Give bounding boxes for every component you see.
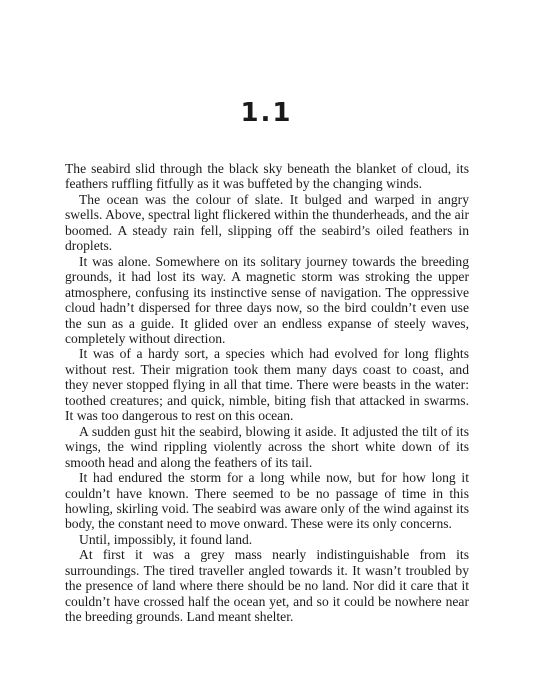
paragraph: The ocean was the colour of slate. It bu… [65, 192, 469, 254]
paragraph: It had endured the storm for a long whil… [65, 470, 469, 532]
paragraph: It was alone. Somewhere on its solitary … [65, 254, 469, 347]
paragraph: A sudden gust hit the seabird, blowing i… [65, 424, 469, 470]
paragraph: At first it was a grey mass nearly indis… [65, 547, 469, 624]
paragraph: The seabird slid through the black sky b… [65, 161, 469, 192]
paragraph: It was of a hardy sort, a species which … [65, 346, 469, 423]
chapter-heading: 1.1 [0, 98, 533, 128]
chapter-body: The seabird slid through the black sky b… [65, 161, 469, 625]
paragraph: Until, impossibly, it found land. [65, 532, 469, 547]
book-page: 1.1 The seabird slid through the black s… [0, 0, 533, 696]
